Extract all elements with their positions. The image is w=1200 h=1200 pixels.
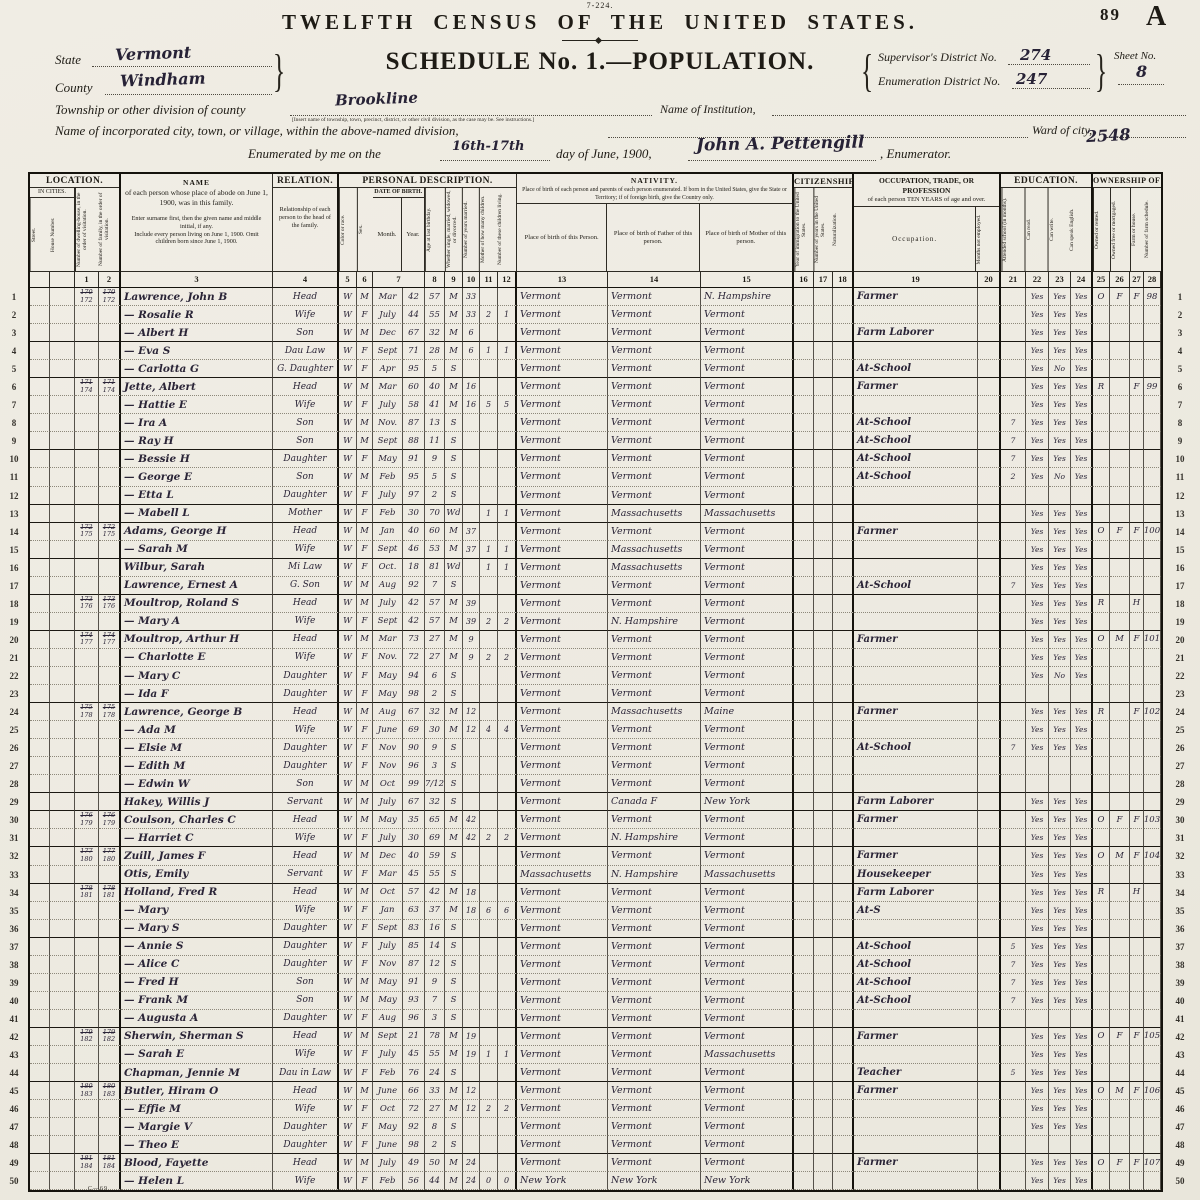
cell-naturalization (833, 739, 854, 757)
cell-farm-schedule (1144, 360, 1161, 378)
line-number: 9 (4, 432, 24, 450)
cell-mother-of-children: 4 (480, 721, 498, 739)
cell-house-number (50, 811, 75, 829)
cell-birthplace: Vermont (517, 342, 608, 360)
cell-farm-schedule (1144, 920, 1161, 938)
cell-dwelling-number: 177180 (75, 847, 99, 865)
cell-naturalization (833, 342, 854, 360)
cell-birthplace: Vermont (517, 288, 608, 306)
cell-color-race: W (339, 414, 357, 432)
cell-marital-status: S (445, 667, 463, 685)
cell-relation: Daughter (273, 450, 339, 468)
cell-house-number (50, 342, 75, 360)
cell-owned-rented (1093, 902, 1110, 920)
cell-naturalization (833, 775, 854, 793)
cell-street (30, 631, 50, 649)
cell-street (30, 884, 50, 902)
cell-speak-english: Yes (1071, 541, 1093, 559)
state-line (92, 66, 272, 67)
cell-can-write: Yes (1049, 920, 1071, 938)
cell-occupation (854, 306, 978, 324)
cell-can-write: Yes (1049, 559, 1071, 577)
speak-english-column-label: Can speak English. (1069, 188, 1091, 271)
cell-occupation (854, 1100, 978, 1118)
cell-years-married (463, 793, 480, 811)
cell-name: — Ida F (121, 685, 273, 703)
cell-mother-birthplace: Vermont (701, 595, 794, 613)
line-number: 21 (1170, 649, 1190, 667)
cell-father-birthplace: Vermont (608, 432, 701, 450)
header-group-nativity: NATIVITY. Place of birth of each person … (517, 174, 794, 272)
cell-occupation: At-School (854, 432, 978, 450)
cell-free-mortgaged (1110, 505, 1130, 523)
cell-farm-schedule (1144, 432, 1161, 450)
cell-attended-school (1001, 324, 1026, 342)
cell-farm-house (1130, 487, 1144, 505)
cell-birth-year: 99 (403, 775, 425, 793)
cell-can-read: Yes (1026, 1028, 1049, 1046)
cell-birth-month: June (373, 1136, 403, 1154)
cell-birthplace: New York (517, 1172, 608, 1190)
cell-years-in-us (814, 721, 833, 739)
cell-years-in-us (814, 306, 833, 324)
cell-mother-of-children (480, 847, 498, 865)
cell-house-number (50, 577, 75, 595)
cell-birth-month: Feb (373, 1064, 403, 1082)
cell-occupation (854, 775, 978, 793)
cell-mother-of-children (480, 956, 498, 974)
cell-father-birthplace: Vermont (608, 757, 701, 775)
cell-can-read: Yes (1026, 1172, 1049, 1190)
cell-birthplace: Vermont (517, 613, 608, 631)
line-number: 23 (4, 685, 24, 703)
cell-sex: M (357, 703, 373, 721)
cell-father-birthplace: Vermont (608, 1046, 701, 1064)
cell-months-not-employed (978, 288, 1001, 306)
cell-house-number (50, 1028, 75, 1046)
cell-birth-month: July (373, 1046, 403, 1064)
cell-family-number (99, 1046, 121, 1064)
left-brace: } (273, 46, 285, 96)
cell-free-mortgaged (1110, 414, 1130, 432)
cell-years-married: 12 (463, 1100, 480, 1118)
months-not-employed-column-label: Months not employed. (976, 207, 999, 271)
cell-age: 27 (425, 631, 445, 649)
cell-relation: Daughter (273, 956, 339, 974)
cell-birthplace: Vermont (517, 884, 608, 902)
cell-house-number (50, 450, 75, 468)
enumerator-suffix: , Enumerator. (880, 146, 951, 162)
cell-birthplace: Vermont (517, 1010, 608, 1028)
cell-mother-of-children (480, 1154, 498, 1172)
cell-months-not-employed (978, 739, 1001, 757)
cell-can-read: Yes (1026, 1118, 1049, 1136)
cell-mother-birthplace: Vermont (701, 414, 794, 432)
cell-farm-house: H (1130, 595, 1144, 613)
cell-birth-year: 98 (403, 1136, 425, 1154)
cell-dwelling-number (75, 468, 99, 486)
cell-free-mortgaged (1110, 938, 1130, 956)
cell-naturalization (833, 703, 854, 721)
cell-relation: Wife (273, 306, 339, 324)
cell-birth-year: 46 (403, 541, 425, 559)
cell-immigration-year (794, 1028, 814, 1046)
can-write-column-label: Can write. (1048, 188, 1070, 271)
cell-age: 28 (425, 342, 445, 360)
cell-immigration-year (794, 1172, 814, 1190)
county-line (105, 94, 272, 95)
cell-children-living (498, 1028, 517, 1046)
cell-years-married: 37 (463, 523, 480, 541)
cell-naturalization (833, 288, 854, 306)
cell-sex: F (357, 739, 373, 757)
cell-can-read (1026, 685, 1049, 703)
cell-owned-rented (1093, 685, 1110, 703)
sheet-letter: A (1146, 1, 1166, 33)
cell-attended-school (1001, 595, 1026, 613)
column-number: 24 (1071, 272, 1093, 288)
cell-mother-birthplace: Vermont (701, 613, 794, 631)
cell-years-married (463, 775, 480, 793)
cell-years-in-us (814, 1028, 833, 1046)
cell-birthplace: Vermont (517, 992, 608, 1010)
cell-street (30, 938, 50, 956)
cell-birth-year: 88 (403, 432, 425, 450)
cell-color-race: W (339, 829, 357, 847)
cell-farm-house (1130, 1064, 1144, 1082)
cell-house-number (50, 866, 75, 884)
cell-owned-rented (1093, 396, 1110, 414)
cell-mother-of-children (480, 360, 498, 378)
cell-attended-school (1001, 360, 1026, 378)
cell-birth-month: Mar (373, 288, 403, 306)
cell-immigration-year (794, 1010, 814, 1028)
cell-owned-rented (1093, 775, 1110, 793)
enumeration-label: Enumeration District No. (878, 74, 1000, 89)
relation-title: RELATION. (273, 174, 337, 188)
cell-children-living (498, 1136, 517, 1154)
cell-dwelling-number (75, 667, 99, 685)
cell-months-not-employed (978, 378, 1001, 396)
cell-can-write: Yes (1049, 974, 1071, 992)
column-number: 28 (1144, 272, 1161, 288)
cell-birth-year: 96 (403, 757, 425, 775)
cell-color-race: W (339, 649, 357, 667)
cell-birthplace: Vermont (517, 595, 608, 613)
cell-birth-month: July (373, 1154, 403, 1172)
line-number: 46 (1170, 1100, 1190, 1118)
cell-years-married: 39 (463, 595, 480, 613)
cell-age: 32 (425, 324, 445, 342)
cell-birth-year: 93 (403, 992, 425, 1010)
cell-age: 2 (425, 487, 445, 505)
cell-name: Chapman, Jennie M (121, 1064, 273, 1082)
cell-mother-of-children (480, 775, 498, 793)
cell-mother-birthplace: Vermont (701, 360, 794, 378)
cell-sex: M (357, 847, 373, 865)
cell-name: — Fred H (121, 974, 273, 992)
birthplace-mother-label: Place of birth of Mother of this person. (700, 204, 792, 271)
cell-color-race: W (339, 360, 357, 378)
cell-birthplace: Vermont (517, 1064, 608, 1082)
cell-can-write: Yes (1049, 324, 1071, 342)
cell-attended-school (1001, 1010, 1026, 1028)
cell-farm-house: F (1130, 1082, 1144, 1100)
cell-speak-english: Yes (1071, 829, 1093, 847)
cell-immigration-year (794, 829, 814, 847)
cell-attended-school (1001, 1100, 1026, 1118)
cell-sex: F (357, 306, 373, 324)
cell-occupation (854, 1172, 978, 1190)
cell-relation: Dau in Law (273, 1064, 339, 1082)
cell-color-race: W (339, 793, 357, 811)
cell-owned-rented (1093, 974, 1110, 992)
line-number: 14 (4, 523, 24, 541)
cell-name: Jette, Albert (121, 378, 273, 396)
cell-name: — Sarah M (121, 541, 273, 559)
cell-age: 2 (425, 685, 445, 703)
cell-birth-year: 45 (403, 866, 425, 884)
cell-owned-rented (1093, 468, 1110, 486)
cell-attended-school (1001, 378, 1026, 396)
cell-family-number: 170172 (99, 288, 121, 306)
cell-mother-of-children (480, 884, 498, 902)
cell-mother-birthplace: Vermont (701, 667, 794, 685)
cell-relation: Daughter (273, 739, 339, 757)
line-number: 22 (1170, 667, 1190, 685)
cell-house-number (50, 847, 75, 865)
census-sheet: 7-224. TWELFTH CENSUS OF THE UNITED STAT… (0, 0, 1200, 1200)
cell-occupation: At-School (854, 414, 978, 432)
cell-house-number (50, 667, 75, 685)
cell-relation: Son (273, 974, 339, 992)
line-number: 24 (1170, 703, 1190, 721)
cell-birth-year: 83 (403, 920, 425, 938)
cell-age: 81 (425, 559, 445, 577)
cell-age: 32 (425, 793, 445, 811)
cell-children-living (498, 378, 517, 396)
cell-naturalization (833, 1154, 854, 1172)
cell-can-write: Yes (1049, 1064, 1071, 1082)
cell-immigration-year (794, 468, 814, 486)
cell-age: 12 (425, 956, 445, 974)
cell-naturalization (833, 414, 854, 432)
cell-sex: F (357, 1064, 373, 1082)
cell-street (30, 1028, 50, 1046)
cell-father-birthplace: Vermont (608, 1136, 701, 1154)
cell-naturalization (833, 432, 854, 450)
line-number: 23 (1170, 685, 1190, 703)
cell-months-not-employed (978, 1172, 1001, 1190)
cell-years-married (463, 559, 480, 577)
cell-farm-schedule (1144, 685, 1161, 703)
cell-relation: Servant (273, 866, 339, 884)
cell-dwelling-number: 176179 (75, 811, 99, 829)
cell-marital-status: S (445, 775, 463, 793)
column-number: 26 (1110, 272, 1130, 288)
cell-speak-english: Yes (1071, 432, 1093, 450)
cell-family-number (99, 559, 121, 577)
cell-family-number (99, 956, 121, 974)
cell-years-in-us (814, 1136, 833, 1154)
cell-months-not-employed (978, 450, 1001, 468)
line-number: 41 (4, 1010, 24, 1028)
cell-attended-school (1001, 1046, 1026, 1064)
cell-dwelling-number (75, 938, 99, 956)
cell-birthplace: Vermont (517, 811, 608, 829)
cell-sex: F (357, 829, 373, 847)
cell-name: — Alice C (121, 956, 273, 974)
cell-can-read: Yes (1026, 396, 1049, 414)
cell-mother-birthplace: Vermont (701, 631, 794, 649)
cell-can-read: Yes (1026, 342, 1049, 360)
line-number: 25 (1170, 721, 1190, 739)
cell-farm-house (1130, 992, 1144, 1010)
cell-years-married (463, 757, 480, 775)
cell-mother-of-children: 2 (480, 613, 498, 631)
cell-owned-rented (1093, 1118, 1110, 1136)
cell-free-mortgaged (1110, 757, 1130, 775)
cell-immigration-year (794, 866, 814, 884)
cell-owned-rented: R (1093, 595, 1110, 613)
cell-color-race: W (339, 306, 357, 324)
cell-birth-month: Aug (373, 577, 403, 595)
cell-can-read: Yes (1026, 1100, 1049, 1118)
cell-can-write: Yes (1049, 1028, 1071, 1046)
cell-can-read: Yes (1026, 378, 1049, 396)
cell-can-read: Yes (1026, 811, 1049, 829)
ward-label: Ward of city, (1032, 123, 1092, 138)
cell-father-birthplace: N. Hampshire (608, 613, 701, 631)
cell-marital-status: S (445, 974, 463, 992)
cell-farm-schedule: 102 (1144, 703, 1161, 721)
column-number: 16 (794, 272, 814, 288)
cell-naturalization (833, 1064, 854, 1082)
cell-naturalization (833, 1082, 854, 1100)
line-number: 32 (4, 847, 24, 865)
cell-can-read: Yes (1026, 667, 1049, 685)
cell-name: Lawrence, George B (121, 703, 273, 721)
cell-free-mortgaged: F (1110, 523, 1130, 541)
cell-family-number (99, 920, 121, 938)
cell-free-mortgaged (1110, 306, 1130, 324)
cell-family-number (99, 1100, 121, 1118)
cell-dwelling-number (75, 685, 99, 703)
header-group-relation: RELATION. Relationship of each person to… (273, 174, 339, 272)
cell-attended-school (1001, 829, 1026, 847)
cell-years-in-us (814, 667, 833, 685)
cell-months-not-employed (978, 667, 1001, 685)
cell-years-married (463, 685, 480, 703)
cell-free-mortgaged (1110, 324, 1130, 342)
cell-attended-school: 2 (1001, 468, 1026, 486)
cell-birthplace: Vermont (517, 505, 608, 523)
cell-name: — Mary (121, 902, 273, 920)
cell-can-write: Yes (1049, 613, 1071, 631)
state-value: Vermont (115, 43, 192, 65)
cell-sex: F (357, 487, 373, 505)
cell-marital-status: M (445, 1082, 463, 1100)
cell-can-write: Yes (1049, 342, 1071, 360)
cell-sex: M (357, 1154, 373, 1172)
cell-years-married: 24 (463, 1154, 480, 1172)
cell-immigration-year (794, 667, 814, 685)
cell-family-number: 172175 (99, 523, 121, 541)
cell-dwelling-number (75, 342, 99, 360)
cell-years-married (463, 1118, 480, 1136)
line-number: 24 (4, 703, 24, 721)
cell-family-number (99, 992, 121, 1010)
cell-marital-status: S (445, 414, 463, 432)
cell-speak-english: Yes (1071, 811, 1093, 829)
cell-speak-english: Yes (1071, 559, 1093, 577)
cell-farm-schedule (1144, 1046, 1161, 1064)
cell-farm-house (1130, 324, 1144, 342)
cell-months-not-employed (978, 811, 1001, 829)
cell-father-birthplace: Vermont (608, 487, 701, 505)
institution-label: Name of Institution, (660, 102, 756, 117)
cell-birthplace: Vermont (517, 1082, 608, 1100)
cell-can-read: Yes (1026, 613, 1049, 631)
cell-years-married: 12 (463, 1082, 480, 1100)
cell-years-in-us (814, 559, 833, 577)
cell-farm-schedule (1144, 541, 1161, 559)
cell-can-read: Yes (1026, 450, 1049, 468)
cell-immigration-year (794, 847, 814, 865)
cell-can-read: Yes (1026, 992, 1049, 1010)
line-number: 37 (4, 938, 24, 956)
cell-attended-school (1001, 902, 1026, 920)
cell-color-race: W (339, 775, 357, 793)
farm-house-column-label: Farm or house. (1130, 188, 1144, 271)
cell-name: — Sarah E (121, 1046, 273, 1064)
cell-speak-english: Yes (1071, 739, 1093, 757)
cell-speak-english: Yes (1071, 396, 1093, 414)
cell-relation: Wife (273, 613, 339, 631)
cell-attended-school (1001, 757, 1026, 775)
line-number: 43 (4, 1046, 24, 1064)
cell-years-in-us (814, 884, 833, 902)
cell-dwelling-number (75, 956, 99, 974)
cell-dwelling-number (75, 992, 99, 1010)
cell-birth-month: Mar (373, 631, 403, 649)
cell-years-married (463, 432, 480, 450)
census-table: LOCATION. IN CITIES. Street. House Numbe… (28, 172, 1163, 1192)
cell-occupation: At-School (854, 577, 978, 595)
cell-free-mortgaged: M (1110, 631, 1130, 649)
column-number: 27 (1130, 272, 1144, 288)
cell-farm-house (1130, 685, 1144, 703)
cell-house-number (50, 541, 75, 559)
cell-mother-of-children (480, 1010, 498, 1028)
cell-father-birthplace: Vermont (608, 342, 701, 360)
line-number: 44 (1170, 1064, 1190, 1082)
cell-speak-english: Yes (1071, 342, 1093, 360)
line-number: 31 (1170, 829, 1190, 847)
cell-family-number: 180183 (99, 1082, 121, 1100)
cell-birth-month: Feb (373, 1172, 403, 1190)
cell-mother-of-children (480, 992, 498, 1010)
cell-years-in-us (814, 541, 833, 559)
nativity-desc: Place of birth of each person and parent… (522, 187, 787, 201)
line-number: 37 (1170, 938, 1190, 956)
cell-speak-english (1071, 757, 1093, 775)
cell-months-not-employed (978, 1064, 1001, 1082)
cell-farm-schedule (1144, 775, 1161, 793)
cell-birth-month: Mar (373, 378, 403, 396)
cell-years-married: 19 (463, 1046, 480, 1064)
cell-owned-rented (1093, 793, 1110, 811)
